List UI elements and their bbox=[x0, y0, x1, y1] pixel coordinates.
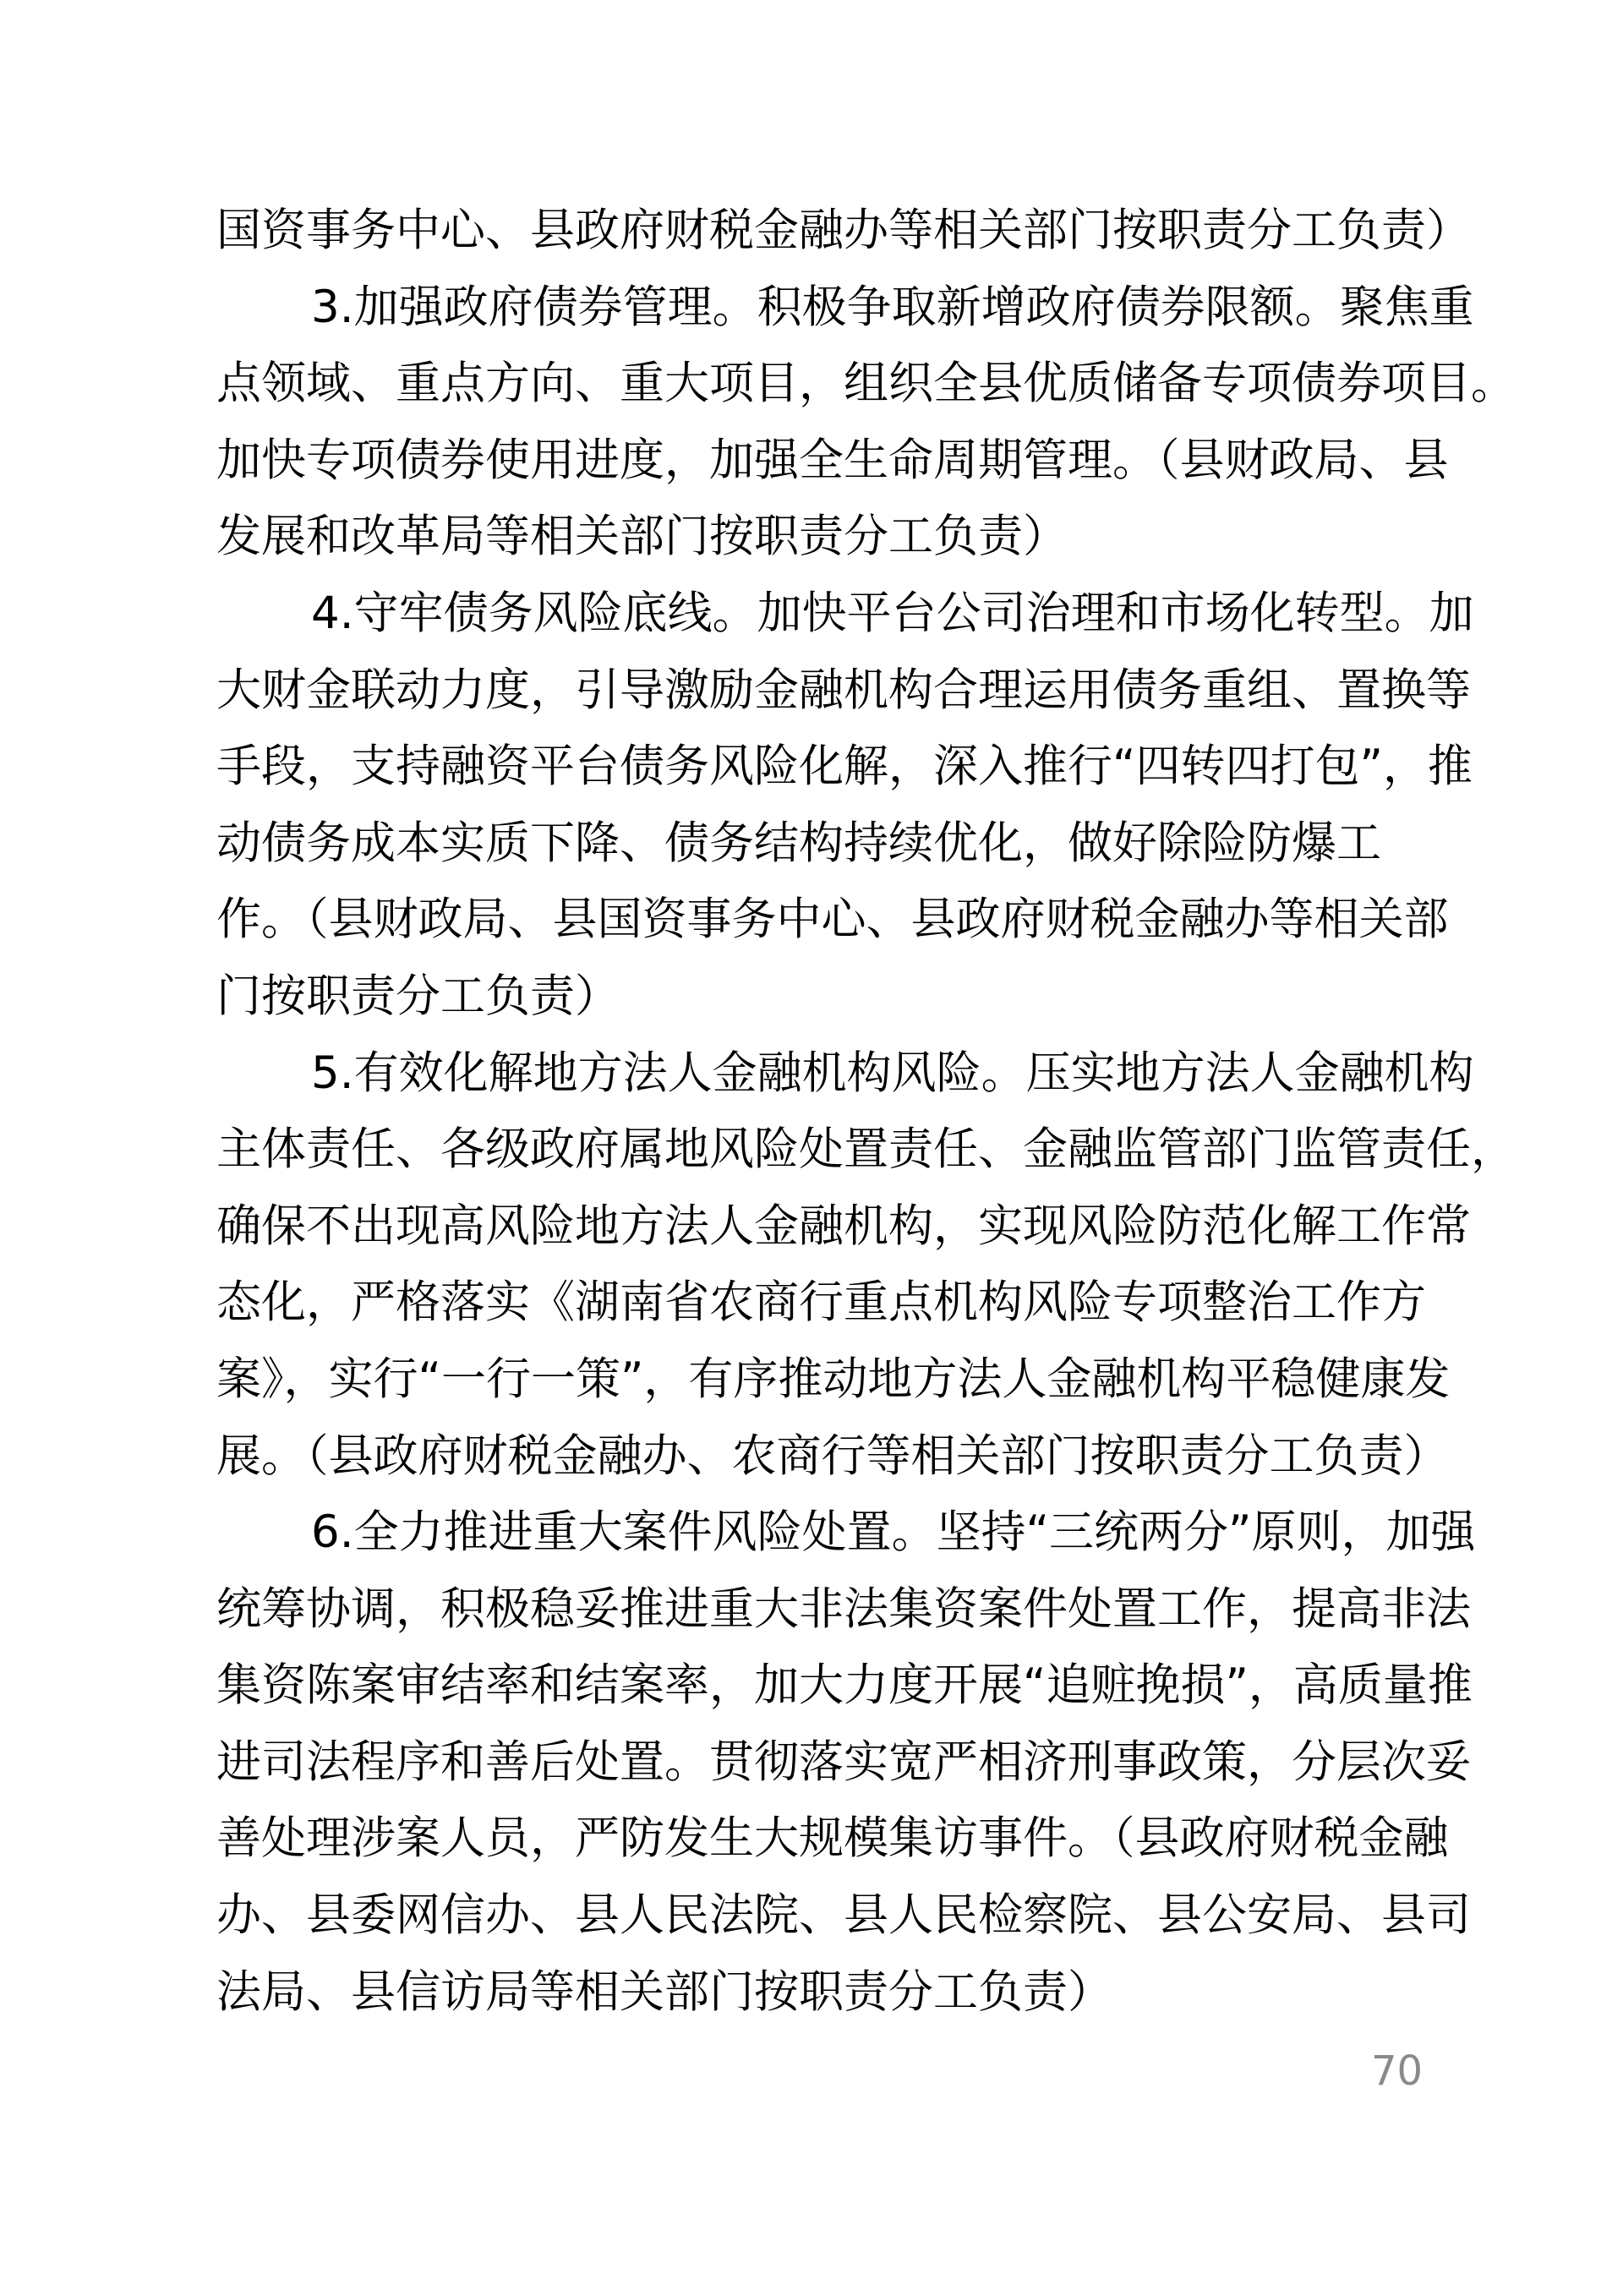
text-line: 进司法程序和善后处置。贯彻落实宽严相济刑事政策，分层次妥 bbox=[216, 1725, 1437, 1801]
text-line: 集资陈案审结率和结案率，加大力度开展“追赃挽损”，高质量推 bbox=[216, 1648, 1437, 1725]
text-line: 案》，实行“一行一策”，有序推动地方法人金融机构平稳健康发 bbox=[216, 1342, 1437, 1419]
document-page: 国资事务中心、县政府财税金融办等相关部门按职责分工负责） 3.加强政府债券管理。… bbox=[0, 0, 1623, 2296]
text-line: 动债务成本实质下降、债务结构持续优化，做好除险防爆工 bbox=[216, 806, 1437, 883]
text-line: 作。（县财政局、县国资事务中心、县政府财税金融办等相关部 bbox=[216, 882, 1437, 959]
text-line: 大财金联动力度，引导激励金融机构合理运用债务重组、置换等 bbox=[216, 653, 1437, 730]
page-number: 70 bbox=[1371, 2049, 1423, 2093]
text-line: 主体责任、各级政府属地风险处置责任、金融监管部门监管责任， bbox=[216, 1112, 1437, 1189]
text-line: 国资事务中心、县政府财税金融办等相关部门按职责分工负责） bbox=[216, 193, 1437, 270]
text-line: 6.全力推进重大案件风险处置。坚持“三统两分”原则，加强 bbox=[216, 1495, 1437, 1572]
text-line: 5.有效化解地方法人金融机构风险。压实地方法人金融机构 bbox=[216, 1036, 1437, 1112]
text-line: 办、县委网信办、县人民法院、县人民检察院、县公安局、县司 bbox=[216, 1878, 1437, 1954]
document-body: 国资事务中心、县政府财税金融办等相关部门按职责分工负责） 3.加强政府债券管理。… bbox=[216, 193, 1437, 2031]
text-line: 加快专项债券使用进度，加强全生命周期管理。（县财政局、县 bbox=[216, 423, 1437, 500]
text-line: 点领域、重点方向、重大项目，组织全县优质储备专项债券项目。 bbox=[216, 346, 1437, 423]
text-line: 法局、县信访局等相关部门按职责分工负责） bbox=[216, 1954, 1437, 2031]
text-line: 手段，支持融资平台债务风险化解，深入推行“四转四打包”，推 bbox=[216, 729, 1437, 806]
text-line: 3.加强政府债券管理。积极争取新增政府债券限额。聚焦重 bbox=[216, 270, 1437, 347]
text-line: 展。（县政府财税金融办、农商行等相关部门按职责分工负责） bbox=[216, 1419, 1437, 1495]
text-line: 统筹协调，积极稳妥推进重大非法集资案件处置工作，提高非法 bbox=[216, 1572, 1437, 1648]
text-line: 发展和改革局等相关部门按职责分工负责） bbox=[216, 499, 1437, 576]
text-line: 善处理涉案人员，严防发生大规模集访事件。（县政府财税金融 bbox=[216, 1801, 1437, 1878]
text-line: 态化，严格落实《湖南省农商行重点机构风险专项整治工作方 bbox=[216, 1265, 1437, 1342]
text-line: 确保不出现高风险地方法人金融机构，实现风险防范化解工作常 bbox=[216, 1189, 1437, 1266]
text-line: 4.守牢债务风险底线。加快平台公司治理和市场化转型。加 bbox=[216, 576, 1437, 653]
text-line: 门按职责分工负责） bbox=[216, 959, 1437, 1036]
